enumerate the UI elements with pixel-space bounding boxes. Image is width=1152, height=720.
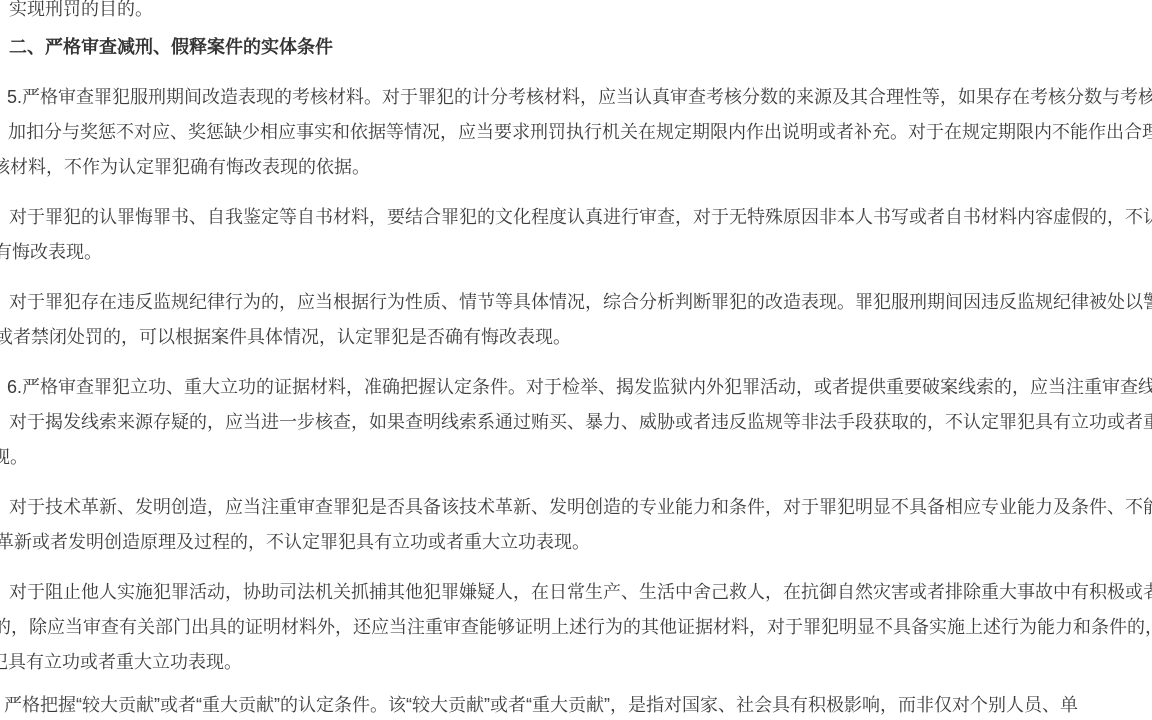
article-body: ，实现刑罚的目的。 二、严格审查减刑、假释案件的实体条件 5.严格审查罪犯服刑期… <box>0 0 1152 720</box>
paragraph-line: 对于阻止他人实施犯罪活动，协助司法机关抓捕其他犯罪嫌疑人，在日常生产、生活中舍己… <box>9 575 1152 610</box>
section-heading: 二、严格审查减刑、假释案件的实体条件 <box>9 30 333 65</box>
paragraph-line: 的，除应当审查有关部门出具的证明材料外，还应当注重审查能够证明上述行为的其他证据… <box>0 610 1152 645</box>
paragraph-line: 对于技术革新、发明创造，应当注重审查罪犯是否具备该技术革新、发明创造的专业能力和… <box>9 490 1152 525</box>
paragraph-5-line-2: 加扣分与奖惩不对应、奖惩缺少相应事实和依据等情况，应当要求刑罚执行机关在规定期限… <box>8 115 1152 150</box>
paragraph-line: 革新或者发明创造原理及过程的，不认定罪犯具有立功或者重大立功表现。 <box>0 525 590 560</box>
paragraph-6-line-3: 现。 <box>0 440 28 475</box>
paragraph-6-line-2: 对于揭发线索来源存疑的，应当进一步核查，如果查明线索系通过贿买、暴力、威胁或者违… <box>9 405 1152 440</box>
paragraph-5-line-3: 核材料，不作为认定罪犯确有悔改表现的依据。 <box>0 150 370 185</box>
paragraph-line: 有悔改表现。 <box>0 235 102 270</box>
paragraph-line: 对于罪犯的认罪悔罪书、自我鉴定等自书材料，要结合罪犯的文化程度认真进行审查，对于… <box>9 200 1152 235</box>
paragraph-tail-line: ，实现刑罚的目的。 <box>0 0 153 27</box>
paragraph-5-line-1: 5.严格审查罪犯服刑期间改造表现的考核材料。对于罪犯的计分考核材料，应当认真审查… <box>7 80 1152 115</box>
paragraph-line: 或者禁闭处罚的，可以根据案件具体情况，认定罪犯是否确有悔改表现。 <box>0 320 571 355</box>
paragraph-line: 对于罪犯存在违反监规纪律行为的，应当根据行为性质、情节等具体情况，综合分析判断罪… <box>9 285 1152 320</box>
paragraph-line: 严格把握“较大贡献”或者“重大贡献”的认定条件。该“较大贡献”或者“重大贡献”，… <box>4 688 1078 720</box>
paragraph-6-line-1: 6.严格审查罪犯立功、重大立功的证据材料，准确把握认定条件。对于检举、揭发监狱内… <box>7 370 1152 405</box>
paragraph-line: 犯具有立功或者重大立功表现。 <box>0 645 242 680</box>
